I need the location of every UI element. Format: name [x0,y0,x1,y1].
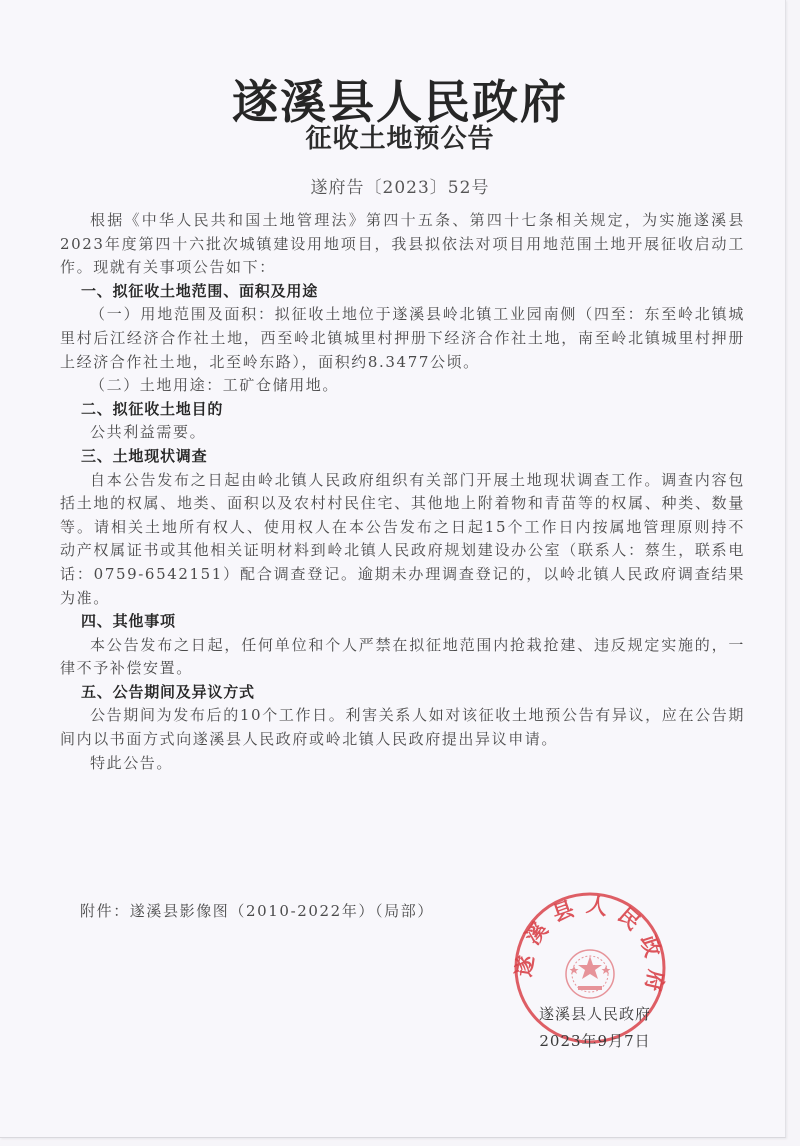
notice-title: 征收土地预公告 [0,118,800,155]
section-5-paragraph-1: 公告期间为发布后的10个工作日。利害关系人如对该征收土地预公告有异议，应在公告期… [60,704,745,751]
section-1-paragraph-2: （二）土地用途：工矿仓储用地。 [60,374,745,398]
closing-line: 特此公告。 [60,752,745,776]
section-heading-5: 五、公告期间及异议方式 [60,681,745,705]
signer-name: 遂溪县人民政府 [520,1003,670,1024]
section-heading-1: 一、拟征收土地范围、面积及用途 [60,280,745,304]
document-number: 遂府告〔2023〕52号 [0,173,800,198]
section-4-paragraph-1: 本公告发布之日起，任何单位和个人严禁在拟征地范围内抢栽抢建、违反规定实施的，一律… [60,634,745,681]
section-1-paragraph-1: （一）用地范围及面积：拟征收土地位于遂溪县岭北镇工业园南侧（四至：东至岭北镇城里… [60,303,745,374]
section-3-paragraph-1: 自本公告发布之日起由岭北镇人民政府组织有关部门开展土地现状调查工作。调查内容包括… [60,469,745,611]
document-page: 遂溪县人民政府 征收土地预公告 遂府告〔2023〕52号 根据《中华人民共和国土… [0,0,786,1138]
section-2-paragraph-1: 公共利益需要。 [60,421,745,445]
signing-date: 2023年9月7日 [520,1030,670,1051]
section-heading-3: 三、土地现状调查 [60,445,745,469]
section-heading-4: 四、其他事项 [60,610,745,634]
intro-paragraph: 根据《中华人民共和国土地管理法》第四十五条、第四十七条相关规定，为实施遂溪县20… [60,209,745,280]
notice-body: 根据《中华人民共和国土地管理法》第四十五条、第四十七条相关规定，为实施遂溪县20… [60,209,745,775]
section-heading-2: 二、拟征收土地目的 [60,398,745,422]
attachment-note: 附件：遂溪县影像图（2010-2022年）（局部） [80,900,434,921]
